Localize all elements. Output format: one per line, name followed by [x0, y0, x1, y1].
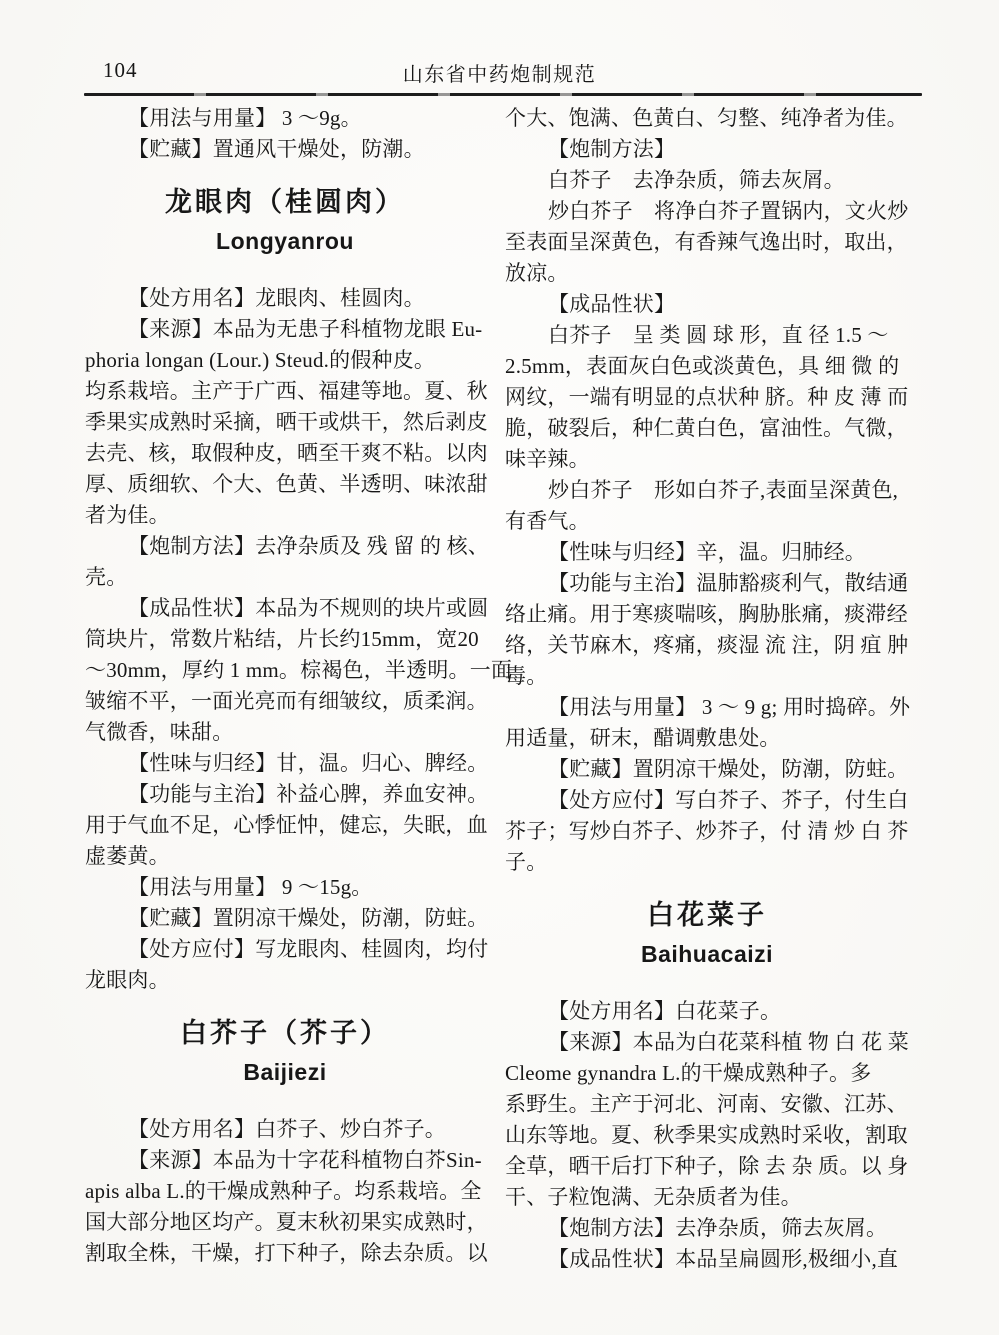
text-line: 筒块片，常数片粘结，片长约15mm，宽20 [85, 624, 485, 655]
column-left: 【用法与用量】 3 ～9g。【贮藏】置通风干燥处，防潮。龙眼肉（桂圆肉）Long… [85, 103, 485, 1269]
text-line: 白芥子 去净杂质，筛去灰屑。 [505, 165, 909, 196]
text-line: 有香气。 [505, 506, 909, 537]
text-line: 【成品性状】 [505, 289, 909, 320]
text-line: 龙眼肉。 [85, 965, 485, 996]
text-line: 炒白芥子 将净白芥子置锅内，文火炒 [505, 196, 909, 227]
text-line: 【功能与主治】补益心脾，养血安神。 [85, 779, 485, 810]
text-line: 【炮制方法】去净杂质，筛去灰屑。 [505, 1213, 909, 1244]
text-line: phoria longan (Lour.) Steud.的假种皮。 [85, 345, 485, 376]
entry-heading: 白芥子（芥子） [85, 1014, 485, 1052]
text-line: 【用法与用量】 9 ～15g。 [85, 872, 485, 903]
text-line: 至表面呈深黄色，有香辣气逸出时，取出， [505, 227, 909, 258]
entry-pinyin: Baijiezi [85, 1052, 485, 1092]
text-line: 【用法与用量】 3 ～9g。 [85, 103, 485, 134]
text-line: 去壳、核，取假种皮，晒至干爽不粘。以肉 [85, 438, 485, 469]
text-line: 割取全株，干燥，打下种子，除去杂质。以 [85, 1238, 485, 1269]
text-line: 【来源】本品为十字花科植物白芥Sin- [85, 1145, 485, 1176]
text-line: 个大、饱满、色黄白、匀整、纯净者为佳。 [505, 103, 909, 134]
column-right: 个大、饱满、色黄白、匀整、纯净者为佳。【炮制方法】白芥子 去净杂质，筛去灰屑。炒… [505, 103, 909, 1275]
text-line: 放凉。 [505, 258, 909, 289]
text-line: 均系栽培。主产于广西、福建等地。夏、秋 [85, 376, 485, 407]
text-line: 【处方应付】写白芥子、芥子，付生白 [505, 785, 909, 816]
entry-heading: 白花菜子 [505, 896, 909, 934]
header-title: 山东省中药炮制规范 [0, 58, 999, 87]
text-line: 【功能与主治】温肺豁痰利气，散结通 [505, 568, 909, 599]
text-line: 白芥子 呈 类 圆 球 形，直 径 1.5 ～ [505, 320, 909, 351]
text-line: 者为佳。 [85, 500, 485, 531]
text-line: 【来源】本品为无患子科植物龙眼 Eu- [85, 314, 485, 345]
text-line: 皱缩不平，一面光亮而有细皱纹，质柔润。 [85, 686, 485, 717]
text-line: 【成品性状】本品为不规则的块片或圆 [85, 593, 485, 624]
text-line: 【成品性状】本品呈扁圆形,极细小,直 [505, 1244, 909, 1275]
text-line: 用适量，研末，醋调敷患处。 [505, 723, 909, 754]
text-line: 脆，破裂后，种仁黄白色，富油性。气微， [505, 413, 909, 444]
header-rule [84, 93, 922, 96]
text-line: 【贮藏】置通风干燥处，防潮。 [85, 134, 485, 165]
entry-pinyin: Baihuacaizi [505, 934, 909, 974]
text-line: 2.5mm，表面灰白色或淡黄色，具 细 微 的 [505, 351, 909, 382]
text-line: ～30mm，厚约 1 mm。棕褐色，半透明。一面 [85, 655, 485, 686]
text-line: 【来源】本品为白花菜科植 物 白 花 菜 [505, 1027, 909, 1058]
text-line: 芥子；写炒白芥子、炒芥子，付 清 炒 白 芥 [505, 816, 909, 847]
text-line: 【贮藏】置阴凉干燥处，防潮，防蛀。 [85, 903, 485, 934]
text-line: 络止痛。用于寒痰喘咳，胸胁胀痛，痰滞经 [505, 599, 909, 630]
text-line: 毒。 [505, 661, 909, 692]
text-line: 【性味与归经】辛，温。归肺经。 [505, 537, 909, 568]
text-line: 国大部分地区均产。夏末秋初果实成熟时， [85, 1207, 485, 1238]
text-line: 山东等地。夏、秋季果实成熟时采收，割取 [505, 1120, 909, 1151]
text-line: 全草，晒干后打下种子，除 去 杂 质。以 身 [505, 1151, 909, 1182]
text-line: 系野生。主产于河北、河南、安徽、江苏、 [505, 1089, 909, 1120]
text-line: 用于气血不足，心悸怔忡，健忘，失眠，血 [85, 810, 485, 841]
text-line: 【贮藏】置阴凉干燥处，防潮，防蛀。 [505, 754, 909, 785]
text-line: 【处方用名】白芥子、炒白芥子。 [85, 1114, 485, 1145]
text-line: 子。 [505, 847, 909, 878]
text-line: 络，关节麻木，疼痛，痰湿 流 注，阴 疽 肿 [505, 630, 909, 661]
text-line: 味辛辣。 [505, 444, 909, 475]
text-line: 炒白芥子 形如白芥子,表面呈深黄色, [505, 475, 909, 506]
text-line: 网纹，一端有明显的点状种 脐。种 皮 薄 而 [505, 382, 909, 413]
text-line: 虚萎黄。 [85, 841, 485, 872]
text-line: Cleome gynandra L.的干燥成熟种子。多 [505, 1058, 909, 1089]
text-line: 【用法与用量】 3 ～ 9 g; 用时捣碎。外 [505, 692, 909, 723]
text-line: 厚、质细软、个大、色黄、半透明、味浓甜 [85, 469, 485, 500]
text-line: 【处方用名】白花菜子。 [505, 996, 909, 1027]
text-line: 【炮制方法】 [505, 134, 909, 165]
entry-heading: 龙眼肉（桂圆肉） [85, 183, 485, 221]
text-line: 壳。 [85, 562, 485, 593]
text-line: 【处方应付】写龙眼肉、桂圆肉，均付 [85, 934, 485, 965]
text-line: 【炮制方法】去净杂质及 残 留 的 核、 [85, 531, 485, 562]
text-line: 季果实成熟时采摘，晒干或烘干，然后剥皮 [85, 407, 485, 438]
scanned-page: 104 山东省中药炮制规范 【用法与用量】 3 ～9g。【贮藏】置通风干燥处，防… [0, 0, 999, 1335]
text-line: 气微香，味甜。 [85, 717, 485, 748]
text-line: 干、子粒饱满、无杂质者为佳。 [505, 1182, 909, 1213]
entry-pinyin: Longyanrou [85, 221, 485, 261]
text-line: 【性味与归经】甘，温。归心、脾经。 [85, 748, 485, 779]
text-line: apis alba L.的干燥成熟种子。均系栽培。全 [85, 1176, 485, 1207]
text-line: 【处方用名】龙眼肉、桂圆肉。 [85, 283, 485, 314]
